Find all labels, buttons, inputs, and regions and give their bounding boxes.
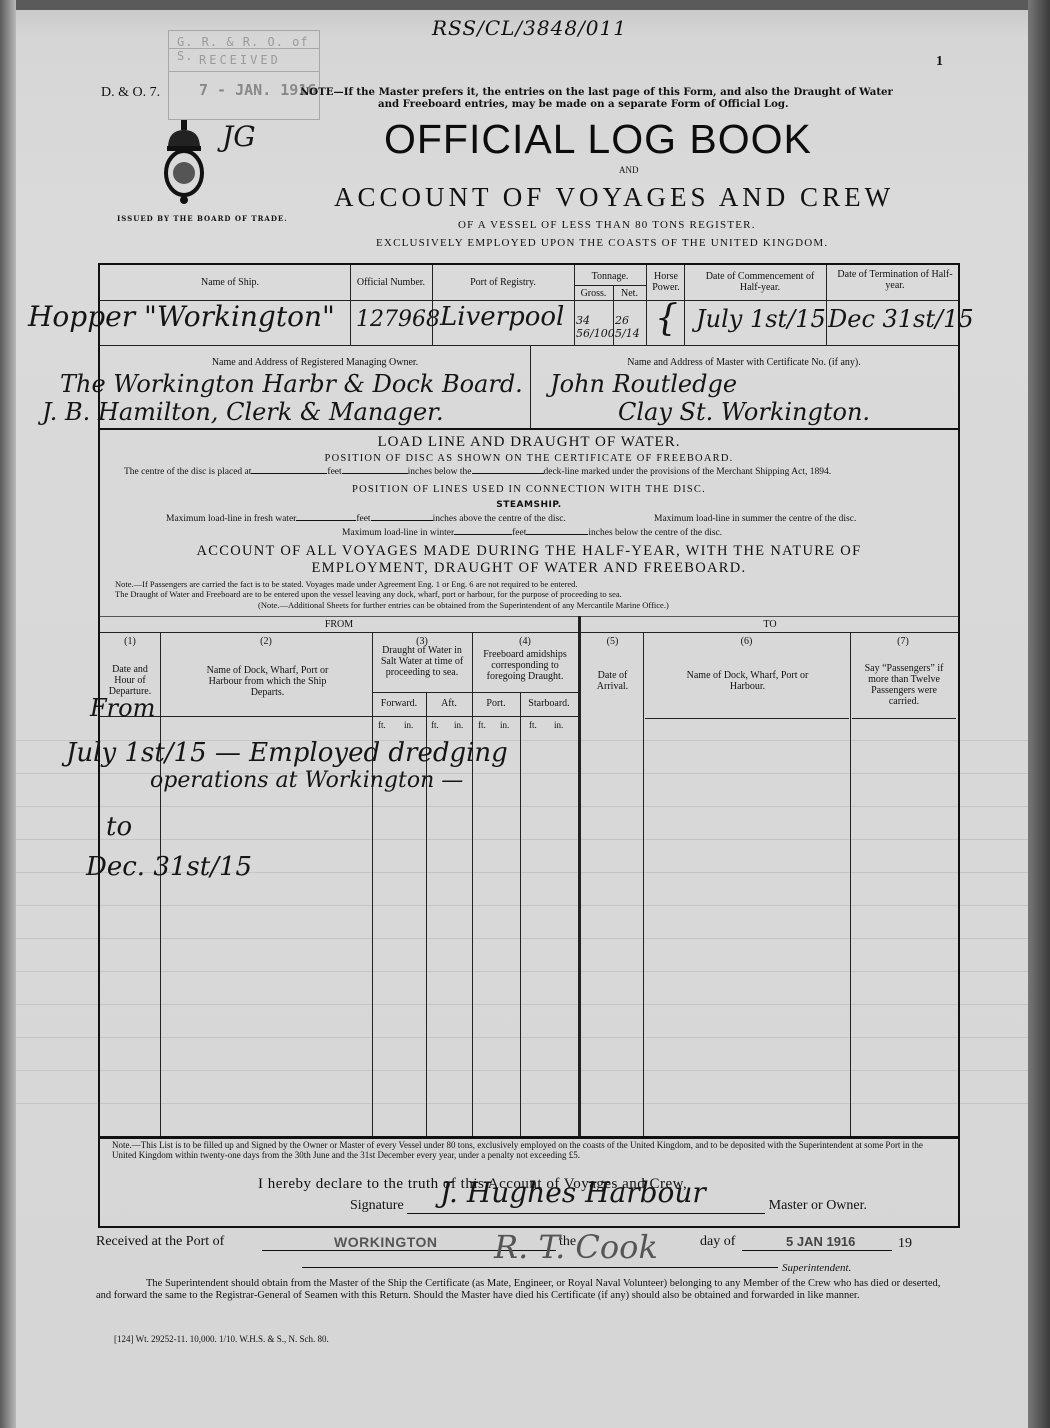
official-number-value: 127968 [356, 307, 440, 332]
entry-to-word: to [106, 812, 132, 842]
horse-power-value: { [655, 298, 678, 339]
termination-value: Dec 31st/15 [828, 305, 974, 333]
form-code: D. & O. 7. [101, 85, 160, 101]
print-code: [124] Wt. 29252-11. 10,000. 1/10. W.H.S.… [114, 1334, 329, 1344]
date-stamp: 5 JAN 1916 [786, 1234, 855, 1249]
gross-tonnage-value: 34 56/100 [576, 314, 612, 340]
superintendent-instruction: The Superintendent should obtain from th… [96, 1278, 958, 1301]
royal-crest-icon [154, 118, 214, 208]
received-at-port-row: Received at the Port of [96, 1234, 224, 1250]
stamp-date: 7 - JAN. 1916 [199, 81, 316, 99]
owner-line-1: The Workington Harbr & Dock Board. [60, 370, 523, 398]
owner-signature: J. Hughes Harbour [440, 1176, 706, 1209]
scan-edge-top [0, 0, 1050, 10]
commencement-value: July 1st/15 [696, 305, 826, 333]
port-value: Liverpool [440, 302, 564, 332]
scan-edge-left [0, 0, 16, 1428]
entry-from-word: From [90, 694, 155, 722]
master-address: Clay St. Workington. [618, 398, 870, 426]
scan-edge-right [1028, 0, 1050, 1428]
winter-line: Maximum load-line in winterfeetinches be… [342, 528, 722, 538]
archive-reference: RSS/CL/3848/011 [432, 16, 627, 40]
top-note: NOTE—If the Master prefers it, the entri… [300, 86, 965, 110]
entry-line-2: operations at Workington — [150, 768, 463, 793]
entry-end-date: Dec. 31st/15 [86, 852, 252, 882]
net-tonnage-value: 26 5/14 [615, 314, 645, 340]
received-stamp: G. R. & R. O. of S. RECEIVED 7 - JAN. 19… [168, 30, 320, 120]
initials: JG [222, 120, 256, 153]
fresh-water-line: Maximum load-line in fresh waterfeetinch… [166, 514, 566, 524]
ship-name-value: Hopper "Workington" [28, 300, 335, 333]
document-subtitle: ACCOUNT OF VOYAGES AND CREW [334, 182, 894, 213]
page-number: 1 [936, 54, 943, 70]
voyages-title: ACCOUNT OF ALL VOYAGES MADE DURING THE H… [100, 543, 958, 560]
declaration-note: Note.—This List is to be filled up and S… [112, 1140, 942, 1160]
superintendent-signature: R. T. Cook [494, 1228, 658, 1266]
load-line-title: LOAD LINE AND DRAUGHT OF WATER. [100, 434, 958, 451]
entry-line-1: July 1st/15 — Employed dredging [66, 738, 508, 768]
document-title: OFFICIAL LOG BOOK [384, 116, 812, 163]
issuer: ISSUED BY THE BOARD OF TRADE. [117, 214, 288, 223]
owner-line-2: J. B. Hamilton, Clerk & Manager. [42, 398, 444, 426]
disc-position-sentence: The centre of the disc is placed atfeeti… [124, 467, 831, 477]
port-stamp: WORKINGTON [334, 1234, 438, 1250]
master-name: John Routledge [550, 370, 737, 398]
